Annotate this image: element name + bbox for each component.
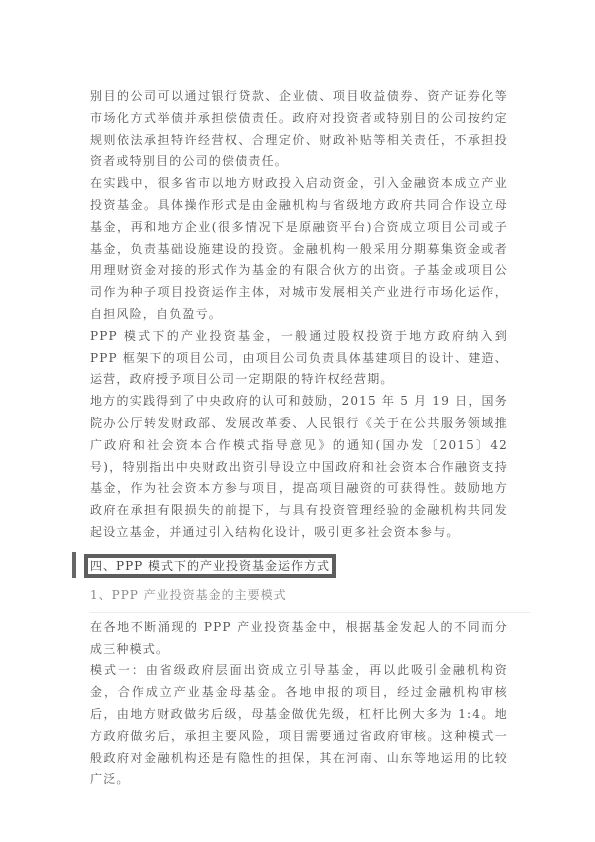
paragraph-spv-debt: 别目的公司可以通过银行贷款、企业债、项目收益债券、资产证券化等市场化方式举债并承… [90,86,508,173]
paragraph-practice: 在实践中，很多省市以地方财政投入启动资金，引入金融资本成立产业投资基金。具体操作… [90,173,508,326]
paragraph-central-government: 地方的实践得到了中央政府的认可和鼓励，2015 年 5 月 19 日，国务院办公… [90,391,508,544]
heading-accent-bar [72,552,76,578]
paragraph-three-modes: 在各地不断涌现的 PPP 产业投资基金中，根据基金发起人的不同而分成三种模式。 [90,617,508,661]
subheading: 1、PPP 产业投资基金的主要模式 [90,584,508,606]
paragraph-ppp-fund: PPP 模式下的产业投资基金，一般通过股权投资于地方政府纳入到 PPP 框架下的… [90,326,508,391]
divider [90,612,530,613]
paragraph-mode-one: 模式一：由省级政府层面出资成立引导基金，再以此吸引金融机构资金，合作成立产业基金… [90,660,508,791]
section-heading: 四、PPP 模式下的产业投资基金运作方式 [84,554,336,578]
section-heading-block: 四、PPP 模式下的产业投资基金运作方式 [90,552,508,580]
document-page: 别目的公司可以通过银行贷款、企业债、项目收益债券、资产证券化等市场化方式举债并承… [90,86,508,791]
